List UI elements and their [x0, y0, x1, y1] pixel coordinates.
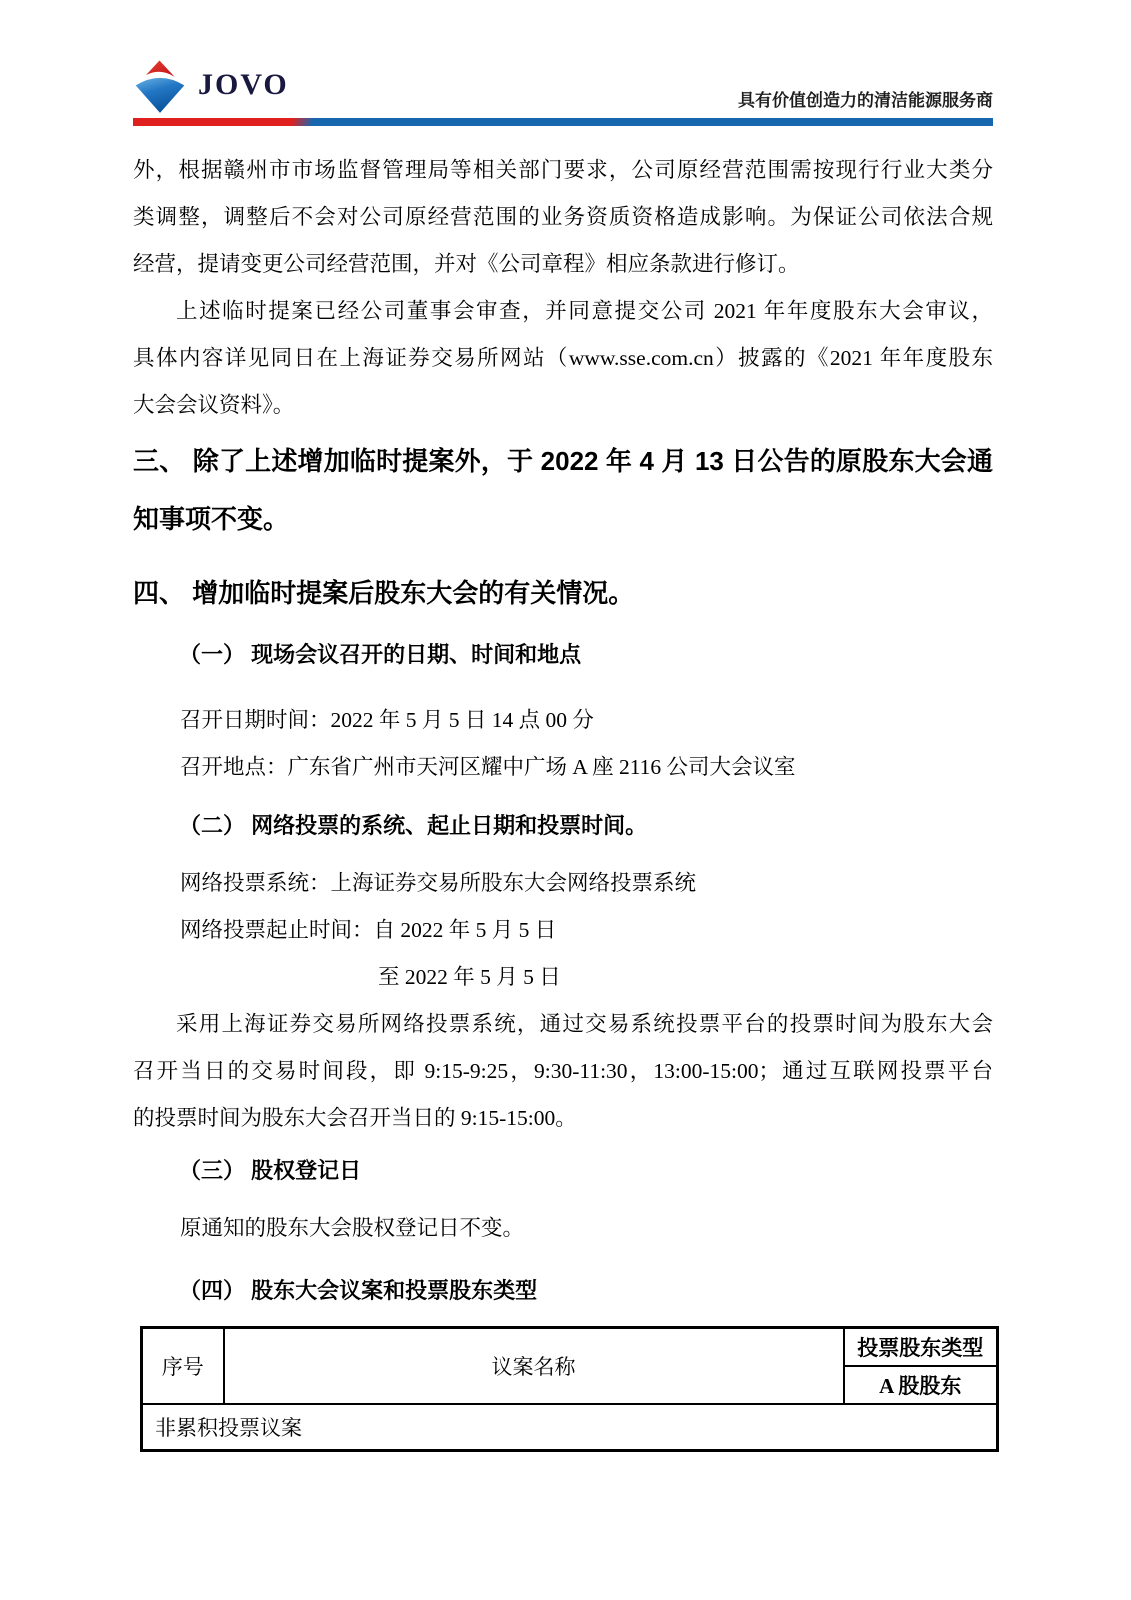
table-header-seq: 序号: [142, 1328, 224, 1405]
voting-end: 至 2022 年 5 月 5 日: [378, 954, 993, 1001]
voting-system: 网络投票系统：上海证券交易所股东大会网络投票系统: [180, 860, 993, 907]
record-date-note: 原通知的股东大会股权登记日不变。: [180, 1205, 993, 1252]
text-line: 大会会议资料》。: [133, 382, 993, 429]
header-rule: [133, 118, 993, 126]
text-line: 召开当日的交易时间段，即 9:15-9:25，9:30-11:30，13:00-…: [133, 1048, 993, 1095]
subsection-3-details: 原通知的股东大会股权登记日不变。: [133, 1205, 993, 1252]
text-line: 上述临时提案已经公司董事会审查，并同意提交公司 2021 年年度股东大会审议，: [133, 288, 993, 335]
subheading: （二） 网络投票的系统、起止日期和投票时间。: [179, 811, 993, 841]
section-3-heading: 三、 除了上述增加临时提案外，于 2022 年 4 月 13 日公告的原股东大会…: [133, 432, 993, 548]
subsection-2-details: 网络投票系统：上海证券交易所股东大会网络投票系统 网络投票起止时间：自 2022…: [133, 860, 993, 1001]
voting-start: 网络投票起止时间：自 2022 年 5 月 5 日: [180, 907, 993, 954]
text-line: 具体内容详见同日在上海证券交易所网站（www.sse.com.cn）披露的《20…: [133, 335, 993, 382]
subheading: （一） 现场会议召开的日期、时间和地点: [179, 640, 993, 670]
meeting-datetime: 召开日期时间：2022 年 5 月 5 日 14 点 00 分: [180, 697, 993, 744]
subsection-2-paragraph: 采用上海证券交易所网络投票系统，通过交易系统投票平台的投票时间为股东大会 召开当…: [133, 1001, 993, 1142]
table-header-name: 议案名称: [224, 1328, 844, 1405]
paragraph-proposal-review: 上述临时提案已经公司董事会审查，并同意提交公司 2021 年年度股东大会审议， …: [133, 288, 993, 429]
meeting-location: 召开地点：广东省广州市天河区耀中广场 A 座 2116 公司大会议室: [180, 744, 993, 791]
section-4-heading: 四、 增加临时提案后股东大会的有关情况。: [133, 564, 993, 622]
subsection-1-heading: （一） 现场会议召开的日期、时间和地点: [133, 640, 993, 670]
table-header-voter-class: A 股股东: [844, 1366, 998, 1404]
table-header-voter-type: 投票股东类型: [844, 1328, 998, 1367]
subsection-2-heading: （二） 网络投票的系统、起止日期和投票时间。: [133, 811, 993, 841]
text-line: 经营，提请变更公司经营范围，并对《公司章程》相应条款进行修订。: [133, 241, 993, 288]
header-tagline: 具有价值创造力的清洁能源服务商: [133, 86, 993, 111]
paragraph-business-scope: 外，根据赣州市市场监督管理局等相关部门要求，公司原经营范围需按现行行业大类分 类…: [133, 147, 993, 288]
subsection-3-heading: （三） 股权登记日: [133, 1156, 993, 1186]
subheading: （四） 股东大会议案和投票股东类型: [179, 1276, 993, 1306]
heading-line: 三、 除了上述增加临时提案外，于 2022 年 4 月 13 日公告的原股东大会…: [133, 432, 993, 490]
announcement-page: JOVO 具有价值创造力的清洁能源服务商 外，根据赣州市市场监督管理局等相关部门…: [0, 0, 1131, 1600]
table-row-noncumulative: 非累积投票议案: [142, 1404, 998, 1451]
text-line: 类调整，调整后不会对公司原经营范围的业务资质资格造成影响。为保证公司依法合规: [133, 194, 993, 241]
proposal-vote-table: 序号 议案名称 投票股东类型 A 股股东 非累积投票议案: [140, 1326, 999, 1452]
subheading: （三） 股权登记日: [179, 1156, 993, 1186]
heading-line: 四、 增加临时提案后股东大会的有关情况。: [133, 564, 993, 622]
subsection-4-heading: （四） 股东大会议案和投票股东类型: [133, 1276, 993, 1306]
subsection-1-details: 召开日期时间：2022 年 5 月 5 日 14 点 00 分 召开地点：广东省…: [133, 697, 993, 791]
text-line: 的投票时间为股东大会召开当日的 9:15-15:00。: [133, 1095, 993, 1142]
text-line: 采用上海证券交易所网络投票系统，通过交易系统投票平台的投票时间为股东大会: [133, 1001, 993, 1048]
heading-line: 知事项不变。: [133, 490, 993, 548]
text-line: 外，根据赣州市市场监督管理局等相关部门要求，公司原经营范围需按现行行业大类分: [133, 147, 993, 194]
